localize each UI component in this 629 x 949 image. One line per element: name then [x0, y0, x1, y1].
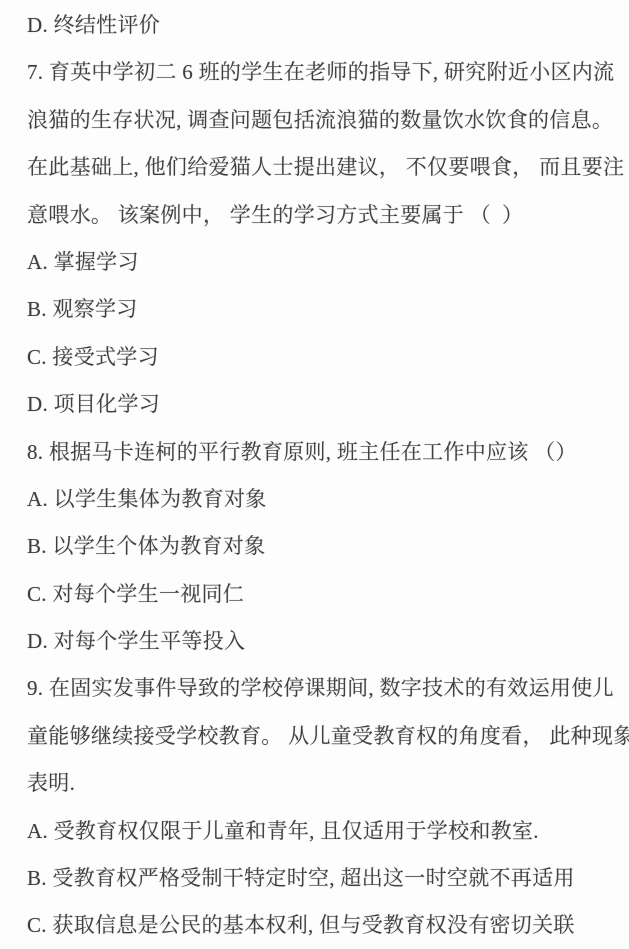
question-9-option-b: B. 受教育权严格受制干特定时空, 超出这一时空就不再适用 — [27, 855, 629, 902]
question-7-stem-line: 7. 育英中学初二 6 班的学生在老师的指导下, 研究附近小区内流 — [27, 49, 629, 96]
question-7-stem-line: 意喂水。 该案例中， 学生的学习方式主要属于 （ ） — [27, 192, 629, 239]
question-9-stem-line: 9. 在固实发事件导致的学校停课期间, 数字技术的有效运用使儿 — [27, 665, 629, 712]
question-8-stem-line: 8. 根据马卡连柯的平行教育原则, 班主任在工作中应该 （） — [27, 429, 629, 476]
question-9: 9. 在固实发事件导致的学校停课期间, 数字技术的有效运用使儿 童能够继续接受学… — [27, 665, 629, 949]
question-8-option-b: B. 以学生个体为教育对象 — [27, 523, 629, 570]
question-8-option-d: D. 对每个学生平等投入 — [27, 618, 629, 665]
exam-document-page: D. 终结性评价 7. 育英中学初二 6 班的学生在老师的指导下, 研究附近小区… — [0, 0, 629, 949]
question-7-option-d: D. 项目化学习 — [27, 381, 629, 428]
question-9-stem-line: 童能够继续接受学校教育。 从儿童受教育权的角度看， 此种现象 — [27, 713, 629, 760]
question-8: 8. 根据马卡连柯的平行教育原则, 班主任在工作中应该 （） A. 以学生集体为… — [27, 429, 629, 666]
previous-question-option-d: D. 终结性评价 — [27, 2, 629, 49]
question-7-option-c: C. 接受式学习 — [27, 334, 629, 381]
question-9-option-a: A. 受教育权仅限于儿童和青年, 且仅适用于学校和教室. — [27, 808, 629, 855]
question-7-option-b: B. 观察学习 — [27, 286, 629, 333]
question-8-option-c: C. 对每个学生一视同仁 — [27, 571, 629, 618]
question-9-option-c: C. 获取信息是公民的基本权利, 但与受教育权没有密切关联 — [27, 902, 629, 949]
question-9-stem-line: 表明. — [27, 760, 629, 807]
question-7-option-a: A. 掌握学习 — [27, 239, 629, 286]
question-7-stem-line: 浪猫的生存状况, 调查问题包括流浪猫的数量饮水饮食的信息。 — [27, 97, 629, 144]
question-7-stem-line: 在此基础上, 他们给爱猫人士提出建议， 不仅要喂食， 而且要注 — [27, 144, 629, 191]
question-7: 7. 育英中学初二 6 班的学生在老师的指导下, 研究附近小区内流 浪猫的生存状… — [27, 49, 629, 428]
question-8-option-a: A. 以学生集体为教育对象 — [27, 476, 629, 523]
